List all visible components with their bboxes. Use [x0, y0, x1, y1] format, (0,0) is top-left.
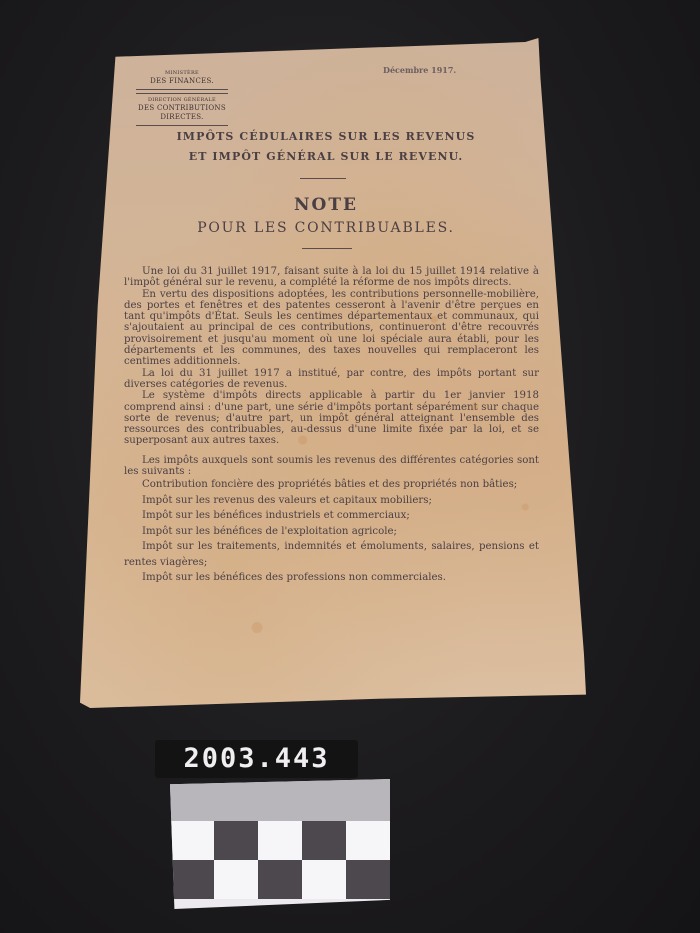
- ministry-line5: DIRECTES.: [132, 113, 232, 122]
- paragraph: Le système d'impôts directs applicable à…: [124, 390, 539, 446]
- document-date: Décembre 1917.: [383, 65, 456, 75]
- scale-cell: [214, 860, 258, 899]
- heading-divider: [300, 178, 346, 179]
- ministry-line3: DIRECTION GÉNÉRALE: [132, 97, 232, 104]
- note-subtitle: POUR LES CONTRIBUABLES.: [126, 220, 526, 236]
- tax-list-item: Impôt sur les bénéfices des professions …: [124, 570, 539, 586]
- scale-cell: [170, 821, 214, 860]
- ministry-bottom-rule: [136, 125, 228, 126]
- tax-list-item: Impôt sur les bénéfices industriels et c…: [124, 508, 539, 524]
- paragraph: Une loi du 31 juillet 1917, faisant suit…: [124, 266, 539, 289]
- scale-cell: [346, 821, 390, 860]
- scale-bar: [170, 779, 390, 909]
- ministry-line4: DES CONTRIBUTIONS: [132, 104, 232, 113]
- scale-cell: [258, 860, 302, 899]
- ministry-divider: [136, 89, 228, 94]
- ministry-header: MINISTÈRE DES FINANCES. DIRECTION GÉNÉRA…: [132, 70, 232, 129]
- scale-cell: [258, 821, 302, 860]
- paragraph: La loi du 31 juillet 1917 a institué, pa…: [124, 368, 539, 391]
- document-body: Une loi du 31 juillet 1917, faisant suit…: [124, 266, 539, 586]
- document-heading: IMPÔTS CÉDULAIRES SUR LES REVENUS ET IMP…: [126, 127, 526, 167]
- scale-cell: [170, 860, 214, 899]
- scale-cell: [302, 821, 346, 860]
- tax-list-item: Contribution foncière des propriétés bât…: [124, 477, 539, 493]
- paragraph: Les impôts auxquels sont soumis les reve…: [124, 455, 539, 478]
- heading-line1: IMPÔTS CÉDULAIRES SUR LES REVENUS: [126, 127, 526, 147]
- scale-cell: [214, 821, 258, 860]
- scale-bar-gray-band: [170, 779, 390, 821]
- scale-cell: [346, 860, 390, 899]
- scale-cell: [302, 860, 346, 899]
- ministry-line1: MINISTÈRE: [132, 70, 232, 77]
- paragraph: En vertu des dispositions adoptées, les …: [124, 289, 539, 368]
- tax-list-item: Impôt sur les revenus des valeurs et cap…: [124, 493, 539, 509]
- title-divider: [302, 248, 352, 249]
- note-title: NOTE: [126, 195, 526, 215]
- tax-notice-document: MINISTÈRE DES FINANCES. DIRECTION GÉNÉRA…: [80, 38, 586, 708]
- tax-list-item: Impôt sur les traitements, indemnités et…: [124, 539, 539, 570]
- heading-line2: ET IMPÔT GÉNÉRAL SUR LE REVENU.: [126, 147, 526, 167]
- accession-number-tag: 2003.443: [155, 740, 358, 778]
- tax-list-item: Impôt sur les bénéfices de l'exploitatio…: [124, 524, 539, 540]
- ministry-line2: DES FINANCES.: [132, 77, 232, 86]
